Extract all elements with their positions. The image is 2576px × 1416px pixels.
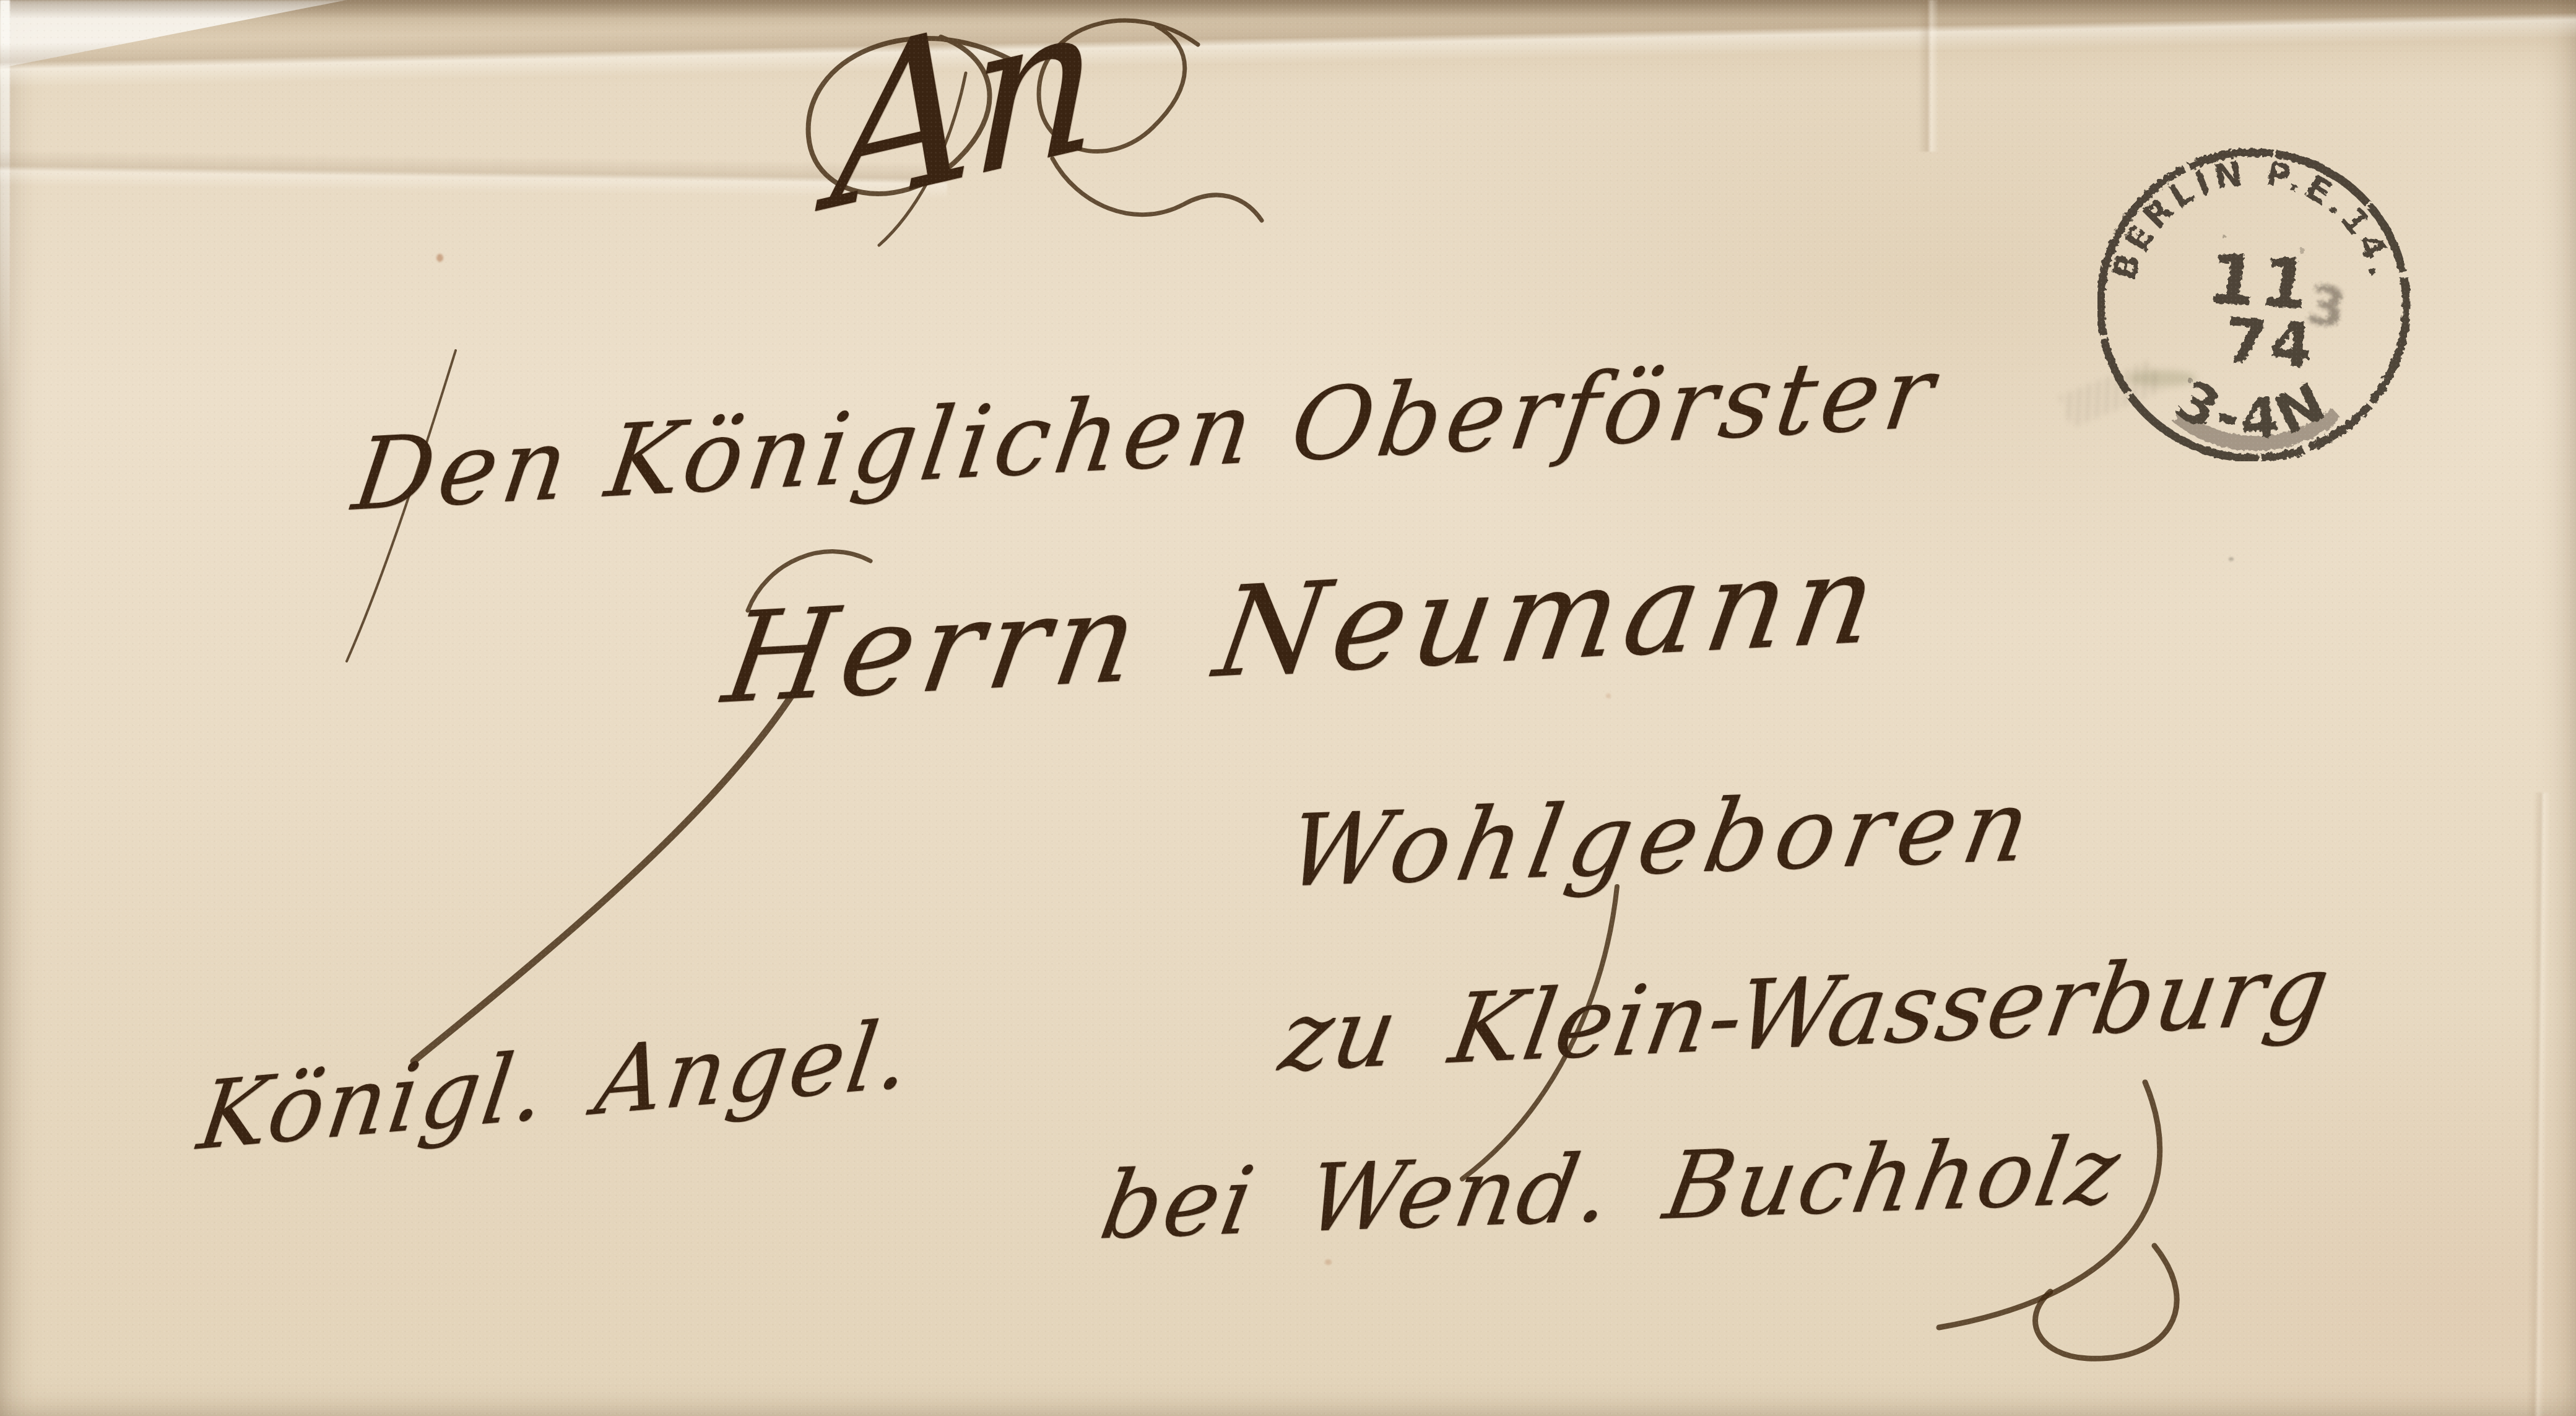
fold-crease-right <box>2526 793 2551 1416</box>
top-edge-shadow <box>0 0 2576 19</box>
z-tail-swirl <box>2036 1246 2177 1358</box>
postmark-fleck <box>2188 378 2193 383</box>
postmark-year: 74 <box>2222 304 2318 383</box>
postmark-fleck <box>2299 248 2305 254</box>
address-line-recipient-name: Herrn Neumann <box>717 536 1891 722</box>
address-line-honorific: Wohlgeboren <box>1280 776 2044 901</box>
postmark-fleck <box>2223 235 2226 239</box>
fold-crease-vertical <box>1918 0 1939 152</box>
address-line-district: bei Wend. Buchholz <box>1095 1124 2128 1253</box>
foxing-speck <box>1606 693 1611 698</box>
postmark-date-block: 11 74 <box>2200 238 2322 383</box>
fold-crease-left <box>0 149 947 198</box>
address-line-place: zu Klein-Wasserburg <box>1274 941 2337 1085</box>
foxing-speck <box>436 254 443 262</box>
postmark-stamp: BERLIN P.E.14. 11 74 3 3-4N <box>2097 146 2413 461</box>
gray-fleck <box>2229 557 2234 561</box>
foxing-speck <box>1325 1259 1332 1265</box>
franking-note: Königl. Angel. <box>193 1007 918 1164</box>
address-line-recipient-title: Den Königlichen Oberförster <box>348 342 1944 525</box>
scanner-edge-highlight <box>0 0 10 396</box>
envelope-scan: An Den Königlichen Oberförster Herrn Neu… <box>0 0 2576 1416</box>
salutation-an: An <box>830 0 1096 240</box>
